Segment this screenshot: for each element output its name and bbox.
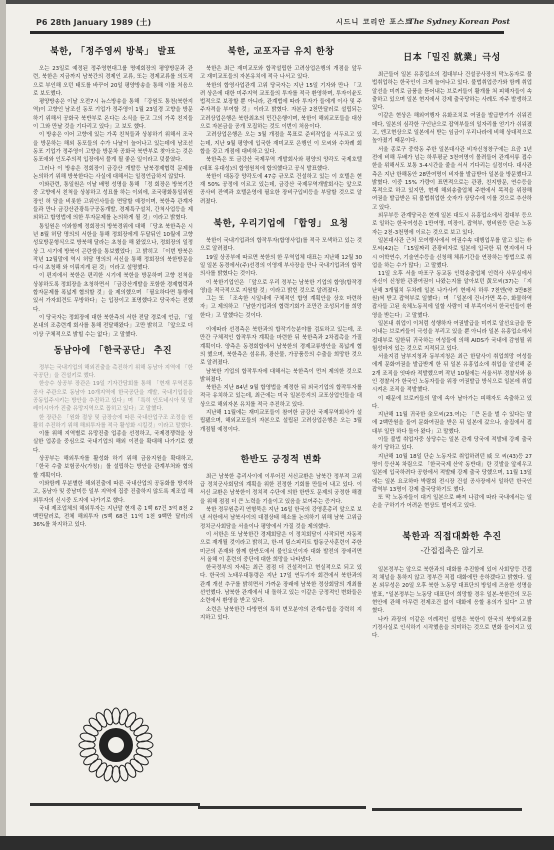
article-paragraph: 이 때문에 브로커들의 말에 속아 날아가는 피해자도 속출하고 있다. [372, 395, 532, 412]
article-paragraph: 19일 상공부에 따르면 북한의 한 무역업체 대표는 지난해 12월 30일 … [200, 254, 362, 279]
headline-peninsula-change: 한반도 긍정적 변화 [200, 452, 362, 465]
article-paragraph: 북한의 합영사업관계 고위 당국자는 지난 15일 기자와 만나 「고려 상은에… [200, 82, 362, 132]
article-paragraph: 남북한 기업의 합작투자에 대해서는 북한측이 먼저 제의한 것으로 밝혀졌다. [200, 368, 362, 385]
article-paragraph: 일본정부는 앞으로 북한과의 대화를 추진함에 있어 사회당등 간접적 채널을 … [372, 566, 532, 616]
masthead-korean: 시드니 코리안 포스트 [336, 17, 413, 27]
header-rule [30, 31, 504, 34]
column-1: 북한, 「정주영씨 방북」 발표 오는 23일로 예정된 정주영현대그룹 명예회… [33, 40, 193, 530]
column-2: 북한, 교포자금 유치 한창 북한은 최근 재미교포와 합작설립한 고려상업은행… [200, 40, 362, 622]
article-paragraph: 이와함께 무분별한 해외진출에 따른 국내산업의 공동화를 방지하고, 동남아 … [33, 480, 193, 505]
headline-north-visit: 북한, 「정주영씨 방북」 발표 [33, 44, 193, 57]
article-paragraph: 이와관련, 통일원은 이날 배명 성명을 통해 「정 회장은 방북기간중 고향에… [33, 181, 193, 222]
article-japan-illegal: 日本「밀진 就業」극성 최근들어 일본 유흥업소의 접대부나 건설공사장의 막노… [372, 50, 532, 511]
page-date: P6 28th January 1989 (土) [36, 17, 151, 28]
article-paragraph: 이 편지에서 북한은 편리한 시기에 북한을 방문하며 고향 친척을 상봉하도록… [33, 272, 193, 313]
article-paragraph: 11일 오후 서울 마포구 동교동 인력송출업체 인력사 사무실에서 자신이 신… [372, 270, 532, 320]
article-paragraph: 정부는 국내기업의 해외진출을 촉진하기 위해 동남아 지역에 「한국공단」을 … [33, 364, 193, 381]
headline-japan-illegal: 日本「밀진 就業」극성 [372, 50, 532, 63]
headline-joint-venture: 북한, 우리기업에 「합영」 요청 [200, 216, 362, 229]
article-paragraph: 서울 종로구 중학동 주한 일본대사관 비자신청창구에는 요즘 1년전에 비해 … [372, 146, 532, 212]
article-paragraph: 국내 제조업체의 해외투자는 지난말 현재 총 1백 67건 3억 8천 2백만… [33, 505, 193, 530]
article-paragraph: 한국정부의 자세는 최근 점점 더 건설적이고 현실적으로 되고 있다. 한국의… [200, 564, 362, 605]
article-korea-complex: 동남아에 「한국공단」 추진 정부는 국내기업의 해외진출을 촉진하기 위해 동… [33, 343, 193, 530]
article-paragraph: 평양방송은 이날 오전7시 뉴스방송을 통해 「강원도 통천(북한지역)이 고향… [33, 98, 193, 131]
article-paragraph: 북한은 지난 84년 9월 합영법을 제정한 뒤 외국기업의 합작투자를 적극 … [200, 384, 362, 409]
article-peninsula-change: 한반도 긍정적 변화 최근 남북한 총리사이에 이루어진 서신교환은 남북간 정… [200, 452, 362, 622]
article-paragraph: 이 방송은 이어 고향에 있는 가족 친척들과 상봉하기 위해서 조국을 방문하… [33, 131, 193, 164]
article-paragraph: 북한이 대동강 양각도에 47층 규모로 건설하고 있는 이 호텔은 현재 50… [200, 173, 362, 206]
headline-overseas-capital: 북한, 교포자금 유치 한창 [200, 44, 362, 57]
article-paragraph: 소련은 남북한간 다방면의 특히 변모분야의 관계수립을 강력히 지지하고 있다… [200, 606, 362, 623]
article-paragraph: 한승수 상공부 장관은 19일 기자간담회를 통해 「현재 무역진흥공사 주관으… [33, 380, 193, 413]
article-overseas-capital: 북한, 교포자금 유치 한창 북한은 최근 재미교포와 합작설립한 고려상업은행… [200, 44, 362, 206]
article-paragraph: 지난해 11월 귀국한 金모씨(23.여)는 「큰 돈을 벌 수 있다는 말에 … [372, 411, 532, 436]
article-north-visit: 북한, 「정주영씨 방북」 발표 오는 23일로 예정된 정주영현대그룹 명예회… [33, 44, 193, 339]
headline-direct-talks: 북한과 직접대화한 추진 [372, 529, 532, 542]
article-paragraph: 이 당국자는 정회장에 대한 북한측의 서한 전달 경로에 언급, 「일본내의 … [33, 314, 193, 339]
section-rule [30, 803, 200, 806]
article-paragraph: 이들 불법 취업자중 상당수는 일본 관계 당국에 적발돼 강제 출국하기 당하… [372, 436, 532, 453]
article-paragraph: 북한은 최근 재미교포와 합작설립한 고려상업은행의 개점을 앞두고 재미교포들… [200, 65, 362, 82]
article-paragraph: 이를 위해 지역별로 유망진출 업종을 선정하고, 국제경쟁력을 상실한 업종을… [33, 430, 193, 455]
article-paragraph: 이 서한은 또 남북한간 경제회담은 이 정치회담이 사작되면 자동적으로 재개… [200, 531, 362, 564]
article-paragraph: 지난해 10월 18일 단순 노동자로 취업하려던 威 모 씨(43)등 27명… [372, 453, 532, 494]
article-paragraph: 일본내 취업이 이처럼 성행하자 여권발급을 미끼로 알선요금을 뜯어내는 브로… [372, 320, 532, 353]
article-direct-talks: 북한과 직접대화한 추진 -간접접촉은 않기로 일본정부는 앞으로 북한과의 대… [372, 529, 532, 641]
article-paragraph: 오는 23일로 예정된 정주영현대그룹 명예회장의 평양방문과 관련, 북한은 … [33, 65, 193, 98]
article-paragraph: 최근 남북한 총리사이에 이루어진 서신교환은 남북간 정부적 고위급 정치군사… [200, 473, 362, 506]
scan-edge-left [0, 0, 6, 850]
column-3: 日本「밀진 就業」극성 최근들어 일본 유흥업소의 접대부나 건설공사장의 막노… [372, 40, 532, 640]
rosette-ornament-icon [76, 705, 156, 785]
scan-edge-top [0, 0, 554, 4]
article-paragraph: 북한 정무원총리 연형묵은 지난 16일 한국의 강영훈총리 앞으로 보낸 서한… [200, 506, 362, 531]
article-paragraph: 그러나 이 방송은 정회장이 금강산 개발등 남북경제협력 문제를 논의하기 위… [33, 165, 193, 182]
article-paragraph: 최근들어 일본 유흥업소의 접대부나 건설공사장의 막노동자로 불법취업하는 한… [372, 71, 532, 112]
article-paragraph: 통일원은 이와함께 정회장의 방북경위에 대해 「당초 북한측은 시년 8월 허… [33, 223, 193, 273]
article-paragraph: 외무부등 관계당국은 현재 일본 대도시 유흥업소에서 접대부 등으로 일하는 … [372, 212, 532, 237]
section-rule [198, 806, 366, 809]
article-paragraph: 이 북한기업인은 「앞으로 우리 정부는 남북한 기업의 합영(합작경영)을 적… [200, 279, 362, 296]
masthead-english: The Sydney Korean Post [408, 17, 510, 26]
article-paragraph: 고려상업은행은 오는 3월 개점을 목표로 준비작업을 서두르고 있는데, 지난… [200, 131, 362, 156]
section-rule [372, 808, 522, 811]
headline-korea-complex: 동남아에 「한국공단」 추진 [33, 343, 193, 356]
subheadline-direct-talks: -간접접촉은 않기로 [372, 545, 532, 556]
newspaper-page: P6 28th January 1989 (土) 시드니 코리안 포스트 The… [0, 0, 554, 850]
article-paragraph: 일본대사관 근처 모여행사에서 여권수속 대행업무를 맡고 있는 朴모씨(42)… [372, 237, 532, 270]
scan-edge-bottom [0, 836, 554, 850]
article-paragraph: 또 막 노동자들이 대거 일본으로 빠져 나감에 따라 국내에서는 일손을 구하… [372, 494, 532, 511]
article-joint-venture: 북한, 우리기업에 「합영」 요청 북한이 국내기업과의 합작투자(합영사업)를… [200, 216, 362, 434]
article-paragraph: 나카 과장의 이같은 이례적인 설명은 북한이 한국의 북방외교를 기정사실로 … [372, 616, 532, 641]
article-paragraph: 북한측은 또 금강산 국제무역 개발회사와 평양의 양각도 국제호텔(대표 유대… [200, 156, 362, 173]
article-paragraph: 상공부는 해외투자를 활성화 하기 위해 금융지원을 확대하고, 「한국 수출 … [33, 455, 193, 480]
article-paragraph: 이에따라 선경측은 북한과의 합작기능분야를 검토하고 있는데, 조만간 구체적… [200, 326, 362, 367]
article-paragraph: 그는 또 「조속한 시일내에 구체적인 합영 계획안을 상호 마련하자」고 제의… [200, 295, 362, 320]
article-paragraph: 서울지검 남부지청과 동부지청은 최근 한달사이 취업희망 여성들에게 문화여권… [372, 353, 532, 394]
page-header: P6 28th January 1989 (土) 시드니 코리안 포스트 The… [36, 16, 510, 30]
article-paragraph: 한 장관은 「원화 절상 및 금장승에 따른 국내산업구조 조정을 원활히 추진… [33, 414, 193, 431]
article-paragraph: 이같은 현상은 해외여행자 유화조치로 여권을 발급받기가 쉬워진데다, 일본의… [372, 112, 532, 145]
article-paragraph: 지난해 11월에는 재미교포들이 참여한 금강산 국제무역회사가 설립됐으며, … [200, 409, 362, 434]
article-paragraph: 북한이 국내기업과의 합작투자(합영사업)를 적극 모색하고 있는 것으로 알려… [200, 237, 362, 254]
